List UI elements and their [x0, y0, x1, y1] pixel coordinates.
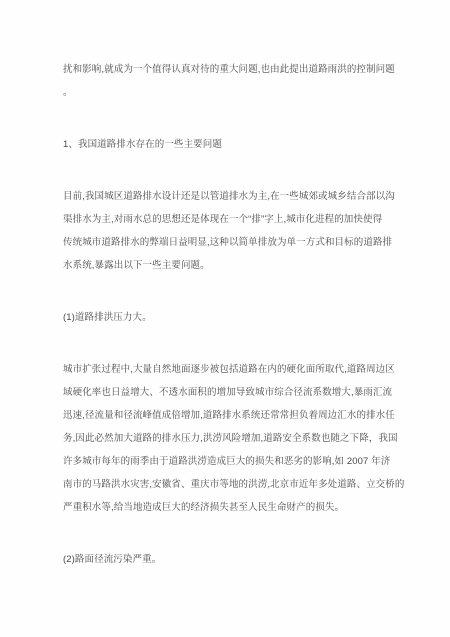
text-column: 扰和影响,就成为一个值得认真对待的重大问题,也由此提出道路雨洪的控制问题 。 1…	[63, 58, 387, 571]
section-heading-main-problems: 1、我国道路排水存在的一些主要问题	[63, 133, 387, 156]
paragraph-intro-continuation: 扰和影响,就成为一个值得认真对待的重大问题,也由此提出道路雨洪的控制问题 。	[63, 58, 387, 104]
paragraph-flood-risk-detail: 城市扩张过程中,大量自然地面逐步被包括道路在内的硬化面所取代,道路周边区 域硬化…	[63, 358, 387, 519]
subheading-item-2-runoff-pollution: (2)路面径流污染严重。	[63, 548, 387, 571]
document-page: 扰和影响,就成为一个值得认真对待的重大问题,也由此提出道路雨洪的控制问题 。 1…	[0, 0, 450, 637]
paragraph-current-drainage-overview: 目前,我国城区道路排水设计还是以管道排水为主,在一些城郊或城乡结合部以沟 渠排水…	[63, 185, 387, 277]
subheading-item-1-flood-pressure: (1)道路排洪压力大。	[63, 306, 387, 329]
